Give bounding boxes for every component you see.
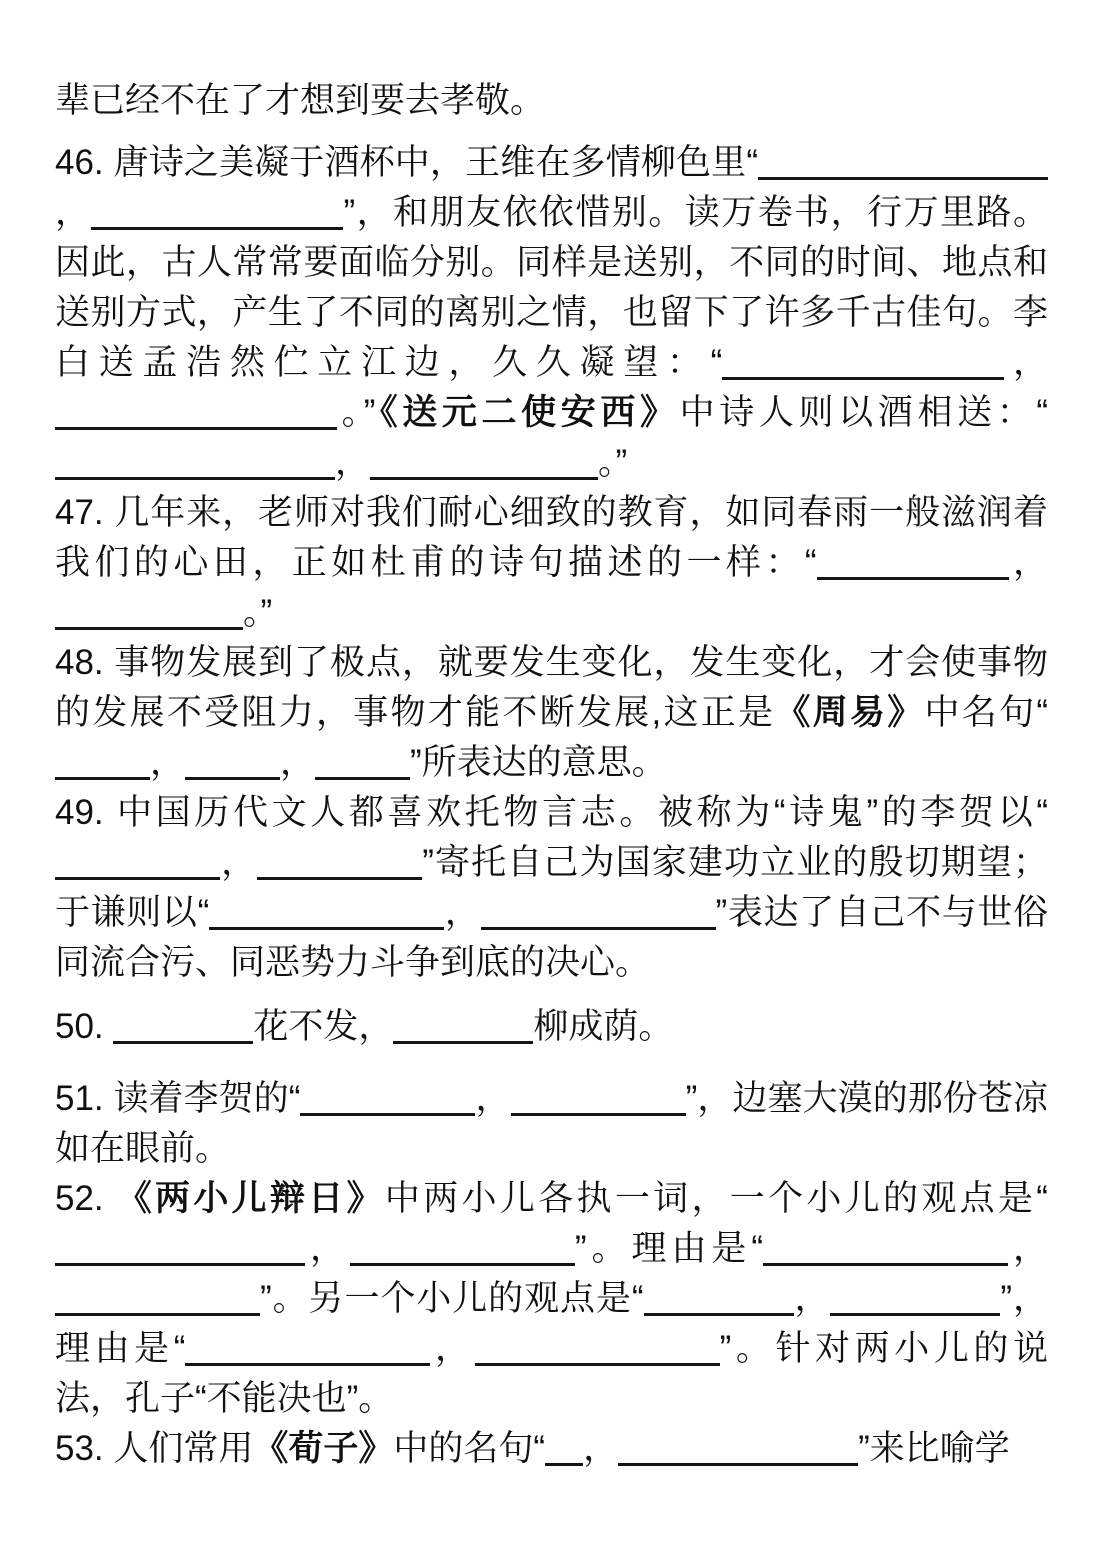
paragraph-q48: 48. 事物发展到了极点，就要发生变化，发生变化，才会使事物的发展不受阻力，事物…: [55, 638, 1048, 788]
text-run: 中的名句“: [393, 1429, 545, 1468]
fill-in-blank: [350, 1230, 575, 1266]
text-run: 中诗人则以酒相送：“: [680, 393, 1048, 432]
text-run: ”来比喻学: [858, 1429, 1010, 1468]
fill-in-blank: [545, 1430, 583, 1466]
text-run: 。”: [598, 443, 627, 482]
text-run: ，: [583, 1429, 618, 1468]
text-run: 中两小儿各执一词，一个小儿的观点是“: [385, 1179, 1048, 1218]
text-run: 柳成荫。: [533, 1007, 673, 1046]
fill-in-blank: [763, 1230, 1008, 1266]
fill-in-blank: [55, 844, 220, 880]
fill-in-blank: [511, 1080, 686, 1116]
text-run: ”所表达的意思。: [410, 743, 667, 782]
text-run: ”。另一个小儿的观点是“: [260, 1279, 644, 1318]
text-run: ，: [305, 1229, 350, 1268]
book-title: 《两小儿辩日》: [117, 1179, 385, 1218]
text-run: 。”: [243, 593, 272, 632]
text-run: ，: [1008, 1229, 1048, 1268]
fill-in-blank: [185, 1330, 430, 1366]
fill-in-blank: [618, 1430, 858, 1466]
paragraph-q49: 49. 中国历代文人都喜欢托物言志。被称为“诗鬼”的李贺以“，”寄托自己为国家建…: [55, 788, 1048, 988]
fill-in-blank: [481, 894, 716, 930]
fill-in-blank: [55, 444, 335, 480]
text-run: ，: [444, 893, 480, 932]
paragraph-q46: 46. 唐诗之美凝于酒杯中，王维在多情柳色里“，”，和朋友依依惜别。读万卷书，行…: [55, 138, 1048, 488]
fill-in-blank: [475, 1330, 720, 1366]
fill-in-blank: [55, 594, 243, 630]
fill-in-blank: [830, 1280, 1000, 1316]
text-run: ”。理由是“: [575, 1229, 763, 1268]
text-run: ，: [280, 743, 315, 782]
book-title: 《送元二使安西》: [375, 393, 679, 432]
text-run: 中名句“: [925, 693, 1049, 732]
text-run: 花不发，: [253, 1007, 393, 1046]
paragraph-q47: 47. 几年来，老师对我们耐心细致的教育，如同春雨一般滋润着我们的心田，正如杜甫…: [55, 488, 1048, 638]
text-run: 52.: [55, 1179, 117, 1218]
paragraph-q53: 53. 人们常用《荀子》中的名句“，”来比喻学: [55, 1424, 1048, 1474]
text-run: ，: [475, 1079, 510, 1118]
text-run: ，: [220, 843, 257, 882]
fill-in-blank: [300, 1080, 475, 1116]
text-run: 50.: [55, 1007, 113, 1046]
book-title: 《周易》: [775, 693, 924, 732]
fill-in-blank: [370, 444, 598, 480]
paragraph-q51: 51. 读着李贺的“，”，边塞大漠的那份苍凉如在眼前。: [55, 1074, 1048, 1174]
text-run: 。”: [337, 393, 375, 432]
text-run: 辈已经不在了才想到要去孝敬。: [55, 81, 545, 120]
paragraph-q50: 50. 花不发，柳成荫。: [55, 1002, 1048, 1052]
text-run: ，: [55, 193, 91, 232]
text-run: 51. 读着李贺的“: [55, 1079, 300, 1118]
fill-in-blank: [209, 894, 444, 930]
fill-in-blank: [644, 1280, 794, 1316]
book-title: 《荀子》: [253, 1429, 393, 1468]
document-body: 辈已经不在了才想到要去孝敬。46. 唐诗之美凝于酒杯中，王维在多情柳色里“，”，…: [55, 76, 1048, 1474]
text-run: ，: [430, 1329, 474, 1368]
fill-in-blank: [113, 1008, 253, 1044]
paragraph-q45-tail: 辈已经不在了才想到要去孝敬。: [55, 76, 1048, 126]
paragraph-q52: 52. 《两小儿辩日》中两小儿各执一词，一个小儿的观点是“，”。理由是“，”。另…: [55, 1174, 1048, 1424]
fill-in-blank: [257, 844, 422, 880]
fill-in-blank: [55, 1280, 260, 1316]
text-run: 53. 人们常用: [55, 1429, 253, 1468]
text-run: ，: [150, 743, 185, 782]
text-run: 49. 中国历代文人都喜欢托物言志。被称为“诗鬼”的李贺以“: [55, 793, 1048, 832]
text-run: ，: [335, 443, 370, 482]
fill-in-blank: [185, 744, 280, 780]
text-run: ，: [794, 1279, 831, 1318]
fill-in-blank: [393, 1008, 533, 1044]
fill-in-blank: [315, 744, 410, 780]
text-run: ，: [1009, 543, 1048, 582]
fill-in-blank: [55, 394, 337, 430]
fill-in-blank: [55, 1230, 305, 1266]
document-page: 辈已经不在了才想到要去孝敬。46. 唐诗之美凝于酒杯中，王维在多情柳色里“，”，…: [0, 0, 1102, 1559]
fill-in-blank: [722, 344, 1004, 380]
fill-in-blank: [91, 194, 343, 230]
fill-in-blank: [817, 544, 1009, 580]
fill-in-blank: [758, 144, 1048, 180]
fill-in-blank: [55, 744, 150, 780]
text-run: ，: [1004, 343, 1048, 382]
text-run: 46. 唐诗之美凝于酒杯中，王维在多情柳色里“: [55, 143, 758, 182]
